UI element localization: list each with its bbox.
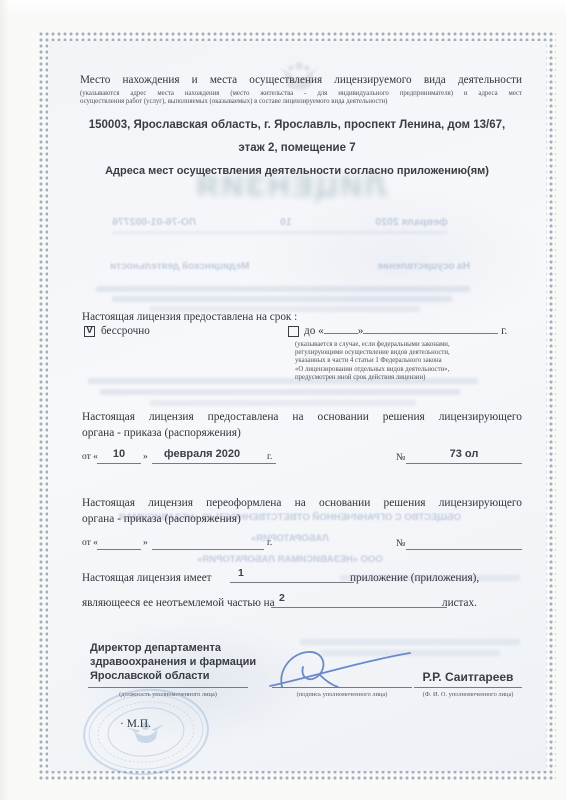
- until-day-blank: [324, 333, 358, 334]
- attachments-line1-suffix: приложение (приложения),: [350, 572, 479, 584]
- bleedthrough-day: 10: [280, 216, 292, 228]
- term-note-line: регулирующими осуществление видов деятел…: [295, 349, 525, 357]
- term-title: Настоящая лицензия предоставлена на срок…: [82, 311, 297, 323]
- until-prefix: до «: [304, 325, 324, 337]
- bleedthrough-activity-row: На осуществление Медицинской деятельност…: [110, 261, 470, 272]
- bleedthrough-license-row: февраля 2020 10 ЛО-76-01-002776: [112, 216, 448, 228]
- seal-place-mark: · М.П.: [120, 718, 151, 730]
- signer-position-line3: Ярославской области: [90, 670, 210, 682]
- granted-day-field: 10: [97, 448, 141, 464]
- reissued-year-suffix: г.: [267, 538, 272, 548]
- bleedthrough-org-line2: ЛАБОРАТОРИЯ»: [92, 533, 488, 544]
- until-monthyear-blank: [363, 333, 498, 334]
- bleedthrough-org-line3: ООО «НЕЗАВИСИМАЯ ЛАБОРАТОРИЯ»: [92, 554, 488, 565]
- reissued-line1: Настоящая лицензия переоформлена на осно…: [82, 497, 522, 509]
- bleedthrough-month: февраля 2020: [375, 216, 448, 228]
- location-note-line2: осуществления работ (услуг), выполняемых…: [80, 98, 522, 106]
- ghost-line: [150, 400, 416, 406]
- unlimited-label: бессрочно: [101, 325, 150, 337]
- until-quote: »: [358, 325, 364, 337]
- reissued-from-label: от «: [82, 538, 98, 548]
- ghost-line: [112, 296, 452, 302]
- attachments-line1-prefix: Настоящая лицензия имеет: [82, 572, 212, 584]
- bleedthrough-license-number: ЛО-76-01-002776: [112, 216, 196, 228]
- ghost-line: [96, 286, 470, 292]
- attachments-line2-prefix: являющееся ее неотъемлемой частью на: [82, 597, 275, 609]
- ghost-line: [100, 389, 460, 395]
- unlimited-checkbox: V: [84, 326, 95, 337]
- ghost-line: [112, 231, 448, 234]
- name-underline: [414, 687, 522, 688]
- signer-name: Р.Р. Саитгареев: [414, 670, 522, 684]
- granted-quote: »: [143, 452, 148, 462]
- attachments-count-field: 1: [230, 567, 354, 583]
- granted-line1: Настоящая лицензия предоставлена на осно…: [82, 411, 522, 423]
- address-line2: этаж 2, помещение 7: [48, 142, 546, 154]
- term-note-line: предусмотрен иной срок действия лицензии…: [295, 374, 525, 382]
- reissued-month-blank: [152, 549, 264, 550]
- granted-line2: органа - приказа (распоряжения): [82, 427, 241, 439]
- location-note-line1: (указываются адрес места нахождения (мес…: [80, 90, 522, 98]
- attachments-line2-suffix: листах.: [442, 597, 477, 609]
- location-title: Место нахождения и места осуществления л…: [80, 74, 522, 86]
- address-line1: 150003, Ярославская область, г. Ярославл…: [48, 119, 546, 131]
- until-date-checkbox: [288, 326, 299, 337]
- granted-month-field: февраля 2020: [152, 448, 276, 464]
- scan-edge-top: [0, 0, 566, 16]
- term-note-line: «О лицензировании отдельных видов деятел…: [295, 366, 525, 374]
- reissued-quote: »: [143, 538, 148, 548]
- granted-number-field: 73 ол: [406, 448, 522, 464]
- reissued-day-blank: [97, 549, 141, 550]
- granted-from-label: от «: [82, 452, 98, 462]
- handwritten-signature: [268, 645, 413, 693]
- granted-number-label: №: [396, 452, 406, 463]
- scanned-license-page: { "document": { "location_section": { "t…: [0, 0, 566, 800]
- sheets-count-field: 2: [271, 592, 447, 608]
- bleedthrough-activity: Медицинской деятельности: [110, 261, 250, 272]
- official-round-stamp: [76, 680, 216, 783]
- name-caption: (Ф. И. О. уполномоченного лица): [408, 691, 528, 698]
- signer-position-line1: Директор департамента: [90, 642, 221, 654]
- reissued-number-blank: [406, 549, 522, 550]
- reissued-line2: органа - приказа (распоряжения): [82, 513, 241, 525]
- scan-edge-left: [0, 0, 9, 800]
- term-note-block: (указывается в случае, если федеральными…: [295, 341, 525, 382]
- signer-position-line2: здравоохранения и фармации: [90, 656, 256, 668]
- addresses-per-annex-note: Адреса мест осуществления деятельности с…: [48, 165, 546, 177]
- reissued-number-label: №: [396, 538, 406, 549]
- granted-year-suffix: г.: [267, 452, 272, 462]
- term-note-line: указанных в части 4 статьи 1 Федеральног…: [295, 357, 525, 365]
- until-suffix: г.: [501, 325, 507, 337]
- until-date-row: до «» г.: [304, 325, 507, 337]
- bleedthrough-for-label: На осуществление: [377, 261, 470, 272]
- term-note-line: (указывается в случае, если федеральными…: [295, 341, 525, 349]
